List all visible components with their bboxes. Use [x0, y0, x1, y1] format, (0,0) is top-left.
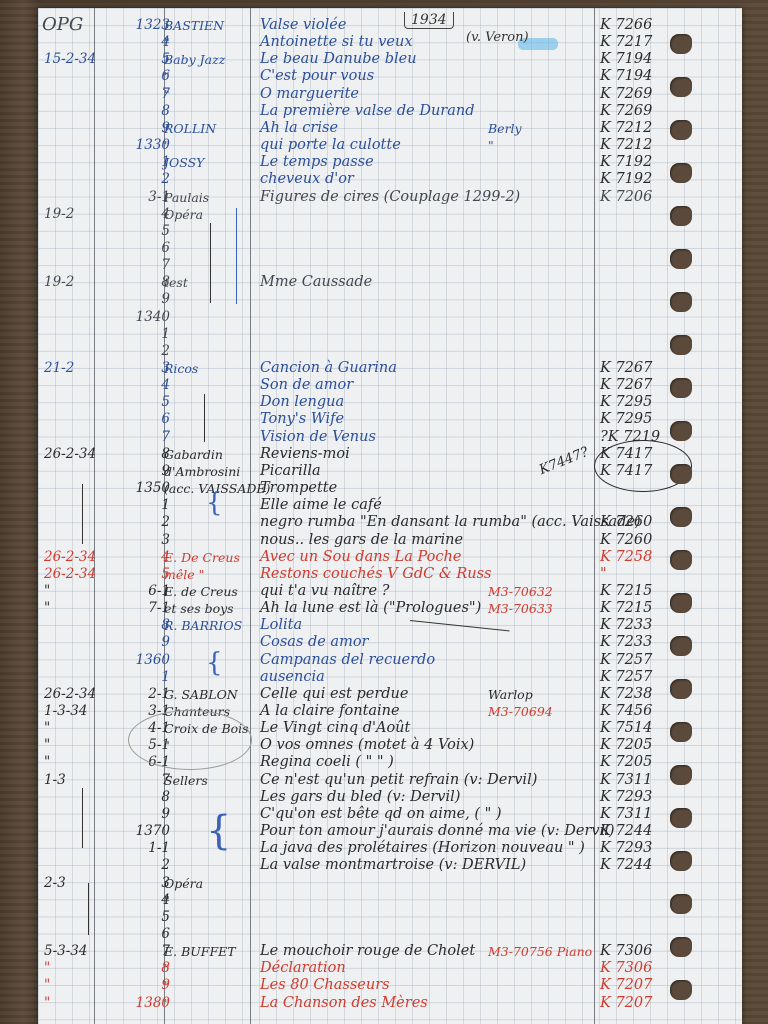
row-num: 5	[96, 909, 170, 926]
ledger-row: 3nous.. les gars de la marineK 7260	[38, 532, 742, 549]
ledger-row: "9"Les 80 ChasseursK 7207	[38, 977, 742, 994]
row-date: 5-3-34	[44, 943, 96, 960]
ring-hole	[670, 163, 692, 183]
ledger-row: 21-23RicosCancion à GuarinaK 7267	[38, 360, 742, 377]
row-artist: "	[164, 977, 256, 994]
ledger-row: 26-2-344E. De CreusAvec un Sou dans La P…	[38, 549, 742, 566]
row-date: "	[44, 600, 96, 617]
ledger-row: 1ausenciaK 7257	[38, 669, 742, 686]
ledger-row: 1-3-343-1ChanteursA la claire fontaineM3…	[38, 703, 742, 720]
ring-hole	[670, 593, 692, 613]
row-date: "	[44, 737, 96, 754]
row-ref: K 7267	[600, 360, 700, 377]
row-num: 6	[96, 411, 170, 428]
row-num: 6-1	[96, 583, 170, 600]
row-num: 1	[96, 326, 170, 343]
ledger-row: 6Tony's WifeK 7295	[38, 411, 742, 428]
row-note: "	[488, 137, 598, 154]
ledger-row: 8La première valse de DurandK 7269	[38, 103, 742, 120]
row-artist: G. SABLON	[164, 686, 256, 703]
row-artist: Ricos	[164, 360, 256, 377]
row-date: 21-2	[44, 360, 96, 377]
ditto-line	[88, 883, 89, 935]
ring-hole	[670, 421, 692, 441]
ditto-line	[204, 394, 205, 442]
row-date: 1-3-34	[44, 703, 96, 720]
ledger-row: 19-24Opéra	[38, 206, 742, 223]
row-date: "	[44, 754, 96, 771]
row-num: 2	[96, 343, 170, 360]
row-date: "	[44, 960, 96, 977]
row-ref: K 7260	[600, 532, 700, 549]
row-title: Valse violée	[260, 17, 590, 34]
row-num: 5	[96, 566, 170, 583]
row-note: M3-70632	[488, 583, 598, 600]
row-title: cheveux d'or	[260, 171, 590, 188]
row-num: 9	[96, 634, 170, 651]
ring-hole	[670, 507, 692, 527]
row-title: Vision de Venus	[260, 429, 590, 446]
row-artist: d'Ambrosini	[164, 463, 256, 480]
ledger-row: 2negro rumba "En dansant la rumba" (acc.…	[38, 514, 742, 531]
ledger-row: 2cheveux d'orK 7192	[38, 171, 742, 188]
brace-mark: {	[206, 648, 223, 678]
ledger-row: 1	[38, 326, 742, 343]
row-date: "	[44, 720, 96, 737]
row-num: 6	[96, 240, 170, 257]
row-num: 4	[96, 34, 170, 51]
row-title: Trompette	[260, 480, 590, 497]
row-title: C'est pour vous	[260, 68, 590, 85]
ledger-row: 1360Campanas del recuerdoK 7257	[38, 652, 742, 669]
row-artist: Sellers	[164, 772, 256, 789]
ledger-row: 1330"qui porte la culotte"K 7212	[38, 137, 742, 154]
row-note: Warlop	[488, 686, 598, 703]
row-title: Son de amor	[260, 377, 590, 394]
row-num: 3	[96, 875, 170, 892]
row-artist: "	[164, 137, 256, 154]
ledger-row: 7	[38, 257, 742, 274]
ledger-row: 9Cosas de amorK 7233	[38, 634, 742, 651]
row-num: 7	[96, 429, 170, 446]
ring-hole	[670, 722, 692, 742]
row-title: Don lengua	[260, 394, 590, 411]
ring-hole	[670, 636, 692, 656]
row-title: Le beau Danube bleu	[260, 51, 590, 68]
ring-hole	[670, 249, 692, 269]
ledger-row: 6"C'est pour vousK 7194	[38, 68, 742, 85]
row-artist: Opéra	[164, 875, 256, 892]
ledger-row: "8"DéclarationK 7306	[38, 960, 742, 977]
row-title: Déclaration	[260, 960, 590, 977]
row-title: Avec un Sou dans La Poche	[260, 549, 590, 566]
row-num: 6	[96, 68, 170, 85]
row-ref: K 7266	[600, 17, 700, 34]
row-note: Berly	[488, 120, 598, 137]
row-date: 26-2-34	[44, 549, 96, 566]
ledger-row: 1340	[38, 309, 742, 326]
ring-hole	[670, 980, 692, 1000]
row-num: 1330	[96, 137, 170, 154]
ledger-row: 3-1PaulaisFigures de cires (Couplage 129…	[38, 189, 742, 206]
row-num: 6	[96, 926, 170, 943]
row-note: M3-70633	[488, 600, 598, 617]
row-title: Mme Caussade	[260, 274, 590, 291]
row-num: 8	[96, 960, 170, 977]
circled-choir-name	[128, 710, 252, 770]
ledger-row: 1-1La java des prolétaires (Horizon nouv…	[38, 840, 742, 857]
row-artist: Baby Jazz	[164, 51, 256, 68]
row-num: 7	[96, 772, 170, 789]
row-artist: mêle "	[164, 566, 256, 583]
row-num: 2-1	[96, 686, 170, 703]
row-artist: E. BUFFET	[164, 943, 256, 960]
row-artist: ROLLIN	[164, 120, 256, 137]
row-num: 1380	[96, 995, 170, 1012]
row-artist: Gabardin	[164, 446, 256, 463]
ring-hole	[670, 808, 692, 828]
row-title: Les gars du bled (v: Dervil)	[260, 789, 590, 806]
row-title: O vos omnes (motet à 4 Voix)	[260, 737, 590, 754]
row-num: 2	[96, 514, 170, 531]
row-title: La Chanson des Mères	[260, 995, 590, 1012]
row-date: 19-2	[44, 206, 96, 223]
header-mark: OPG	[42, 14, 83, 35]
row-ref: K 7269	[600, 103, 700, 120]
ledger-row: 5	[38, 909, 742, 926]
row-num: 1360	[96, 652, 170, 669]
ledger-row: 6	[38, 926, 742, 943]
ledger-row: 1Elle aime le café	[38, 497, 742, 514]
row-title: Regina coeli ( " " )	[260, 754, 590, 771]
row-num: 1	[96, 497, 170, 514]
row-title: La première valse de Durand	[260, 103, 590, 120]
ledger-row: 2	[38, 343, 742, 360]
row-artist: Paulais	[164, 189, 256, 206]
ring-hole	[670, 335, 692, 355]
ring-hole	[670, 550, 692, 570]
row-num: 1323	[96, 17, 170, 34]
row-artist: "	[164, 86, 256, 103]
row-num: 1350	[96, 480, 170, 497]
row-num: 2	[96, 171, 170, 188]
row-title: Campanas del recuerdo	[260, 652, 590, 669]
ledger-row: 26-2-345mêle "Restons couchés V GdC & Ru…	[38, 566, 742, 583]
ledger-row: 26-2-342-1G. SABLONCelle qui est perdueW…	[38, 686, 742, 703]
row-num: 3	[96, 532, 170, 549]
row-num: 1340	[96, 309, 170, 326]
row-title: La java des prolétaires (Horizon nouveau…	[260, 840, 590, 857]
ledger-row: 15-2-345Baby JazzLe beau Danube bleuK 71…	[38, 51, 742, 68]
row-num: 2	[96, 857, 170, 874]
row-num: 5	[96, 51, 170, 68]
row-ref: K 7233	[600, 617, 700, 634]
row-num: 9	[96, 120, 170, 137]
row-num: 3	[96, 360, 170, 377]
ledger-row: 1370Pour ton amour j'aurais donné ma vie…	[38, 823, 742, 840]
ring-hole	[670, 765, 692, 785]
brace-mark: {	[206, 488, 223, 518]
row-num: 8	[96, 274, 170, 291]
row-title: La valse montmartroise (v: DERVIL)	[260, 857, 590, 874]
row-num: 7	[96, 943, 170, 960]
row-num: 4	[96, 206, 170, 223]
row-num: 7	[96, 86, 170, 103]
ring-hole	[670, 34, 692, 54]
ring-hole	[670, 851, 692, 871]
row-date: 15-2-34	[44, 51, 96, 68]
row-date: 26-2-34	[44, 566, 96, 583]
row-num: 5	[96, 223, 170, 240]
row-artist: "	[164, 960, 256, 977]
row-date: 26-2-34	[44, 686, 96, 703]
ledger-row: "1380"La Chanson des MèresK 7207	[38, 995, 742, 1012]
row-num: 9	[96, 463, 170, 480]
row-num: 5	[96, 394, 170, 411]
ledger-row: 6	[38, 240, 742, 257]
bracket-line	[210, 223, 211, 303]
row-ref: K 7293	[600, 789, 700, 806]
row-num: 9	[96, 291, 170, 308]
brace-mark: {	[206, 808, 231, 854]
ledger-row: 5	[38, 223, 742, 240]
ledger-row: 4Son de amorK 7267	[38, 377, 742, 394]
row-ref: K 7456	[600, 703, 700, 720]
ledger-row: 9ROLLINAh la criseBerlyK 7212	[38, 120, 742, 137]
row-num: 3-1	[96, 189, 170, 206]
ledger-row: 5-3-347E. BUFFETLe mouchoir rouge de Cho…	[38, 943, 742, 960]
row-artist: et ses boys	[164, 600, 256, 617]
ledger-row: 5Don lenguaK 7295	[38, 394, 742, 411]
ledger-row: 7"O margueriteK 7269	[38, 86, 742, 103]
ring-hole	[670, 120, 692, 140]
ledger-row: 1-37SellersCe n'est qu'un petit refrain …	[38, 772, 742, 789]
row-date: 26-2-34	[44, 446, 96, 463]
row-date: "	[44, 977, 96, 994]
row-title: Ce n'est qu'un petit refrain (v: Dervil)	[260, 772, 590, 789]
row-title: Reviens-moi	[260, 446, 590, 463]
row-num: 8	[96, 617, 170, 634]
ledger-row: 1323BASTIENValse violéeK 7266	[38, 17, 742, 34]
row-artist: Opéra	[164, 206, 256, 223]
row-num: 1	[96, 669, 170, 686]
row-title: Restons couchés V GdC & Russ	[260, 566, 590, 583]
row-title: Antoinette si tu veux	[260, 34, 590, 51]
row-title: C'qu'on est bête qd on aime, ( " )	[260, 806, 590, 823]
row-ref: K 7194	[600, 51, 700, 68]
row-num: 8	[96, 789, 170, 806]
row-ref: K 7306	[600, 960, 700, 977]
ledger-row: 2-33Opéra	[38, 875, 742, 892]
row-title: ausencia	[260, 669, 590, 686]
ledger-row: 9C'qu'on est bête qd on aime, ( " )K 731…	[38, 806, 742, 823]
bracket-line	[236, 208, 237, 304]
ditto-line	[82, 788, 83, 848]
row-title: Tony's Wife	[260, 411, 590, 428]
ring-hole	[670, 679, 692, 699]
row-date: "	[44, 583, 96, 600]
row-title: O marguerite	[260, 86, 590, 103]
row-num: 1	[96, 154, 170, 171]
ledger-row: "7-1et ses boysAh la lune est là ("Prolo…	[38, 600, 742, 617]
row-num: 7-1	[96, 600, 170, 617]
row-artist: R. BARRIOS	[164, 617, 256, 634]
row-artist: "	[164, 68, 256, 85]
ledger-row: 8R. BARRIOSLolitaK 7233	[38, 617, 742, 634]
ledger-row: 19-28testMme Caussade	[38, 274, 742, 291]
ledger-row: 8Les gars du bled (v: Dervil)K 7293	[38, 789, 742, 806]
row-artist: "	[164, 995, 256, 1012]
ledger-row: 2La valse montmartroise (v: DERVIL)K 724…	[38, 857, 742, 874]
row-num: 4	[96, 549, 170, 566]
row-ref: K 7206	[600, 189, 700, 206]
row-num: 4	[96, 377, 170, 394]
ledger-row: 4"	[38, 892, 742, 909]
row-artist: E. de Creus	[164, 583, 256, 600]
row-artist: E. De Creus	[164, 549, 256, 566]
ledger-row: 1JOSSYLe temps passeK 7192	[38, 154, 742, 171]
row-title: Cosas de amor	[260, 634, 590, 651]
row-num: 1370	[96, 823, 170, 840]
ledger-row: "6-1E. de Creusqui t'a vu naître ?M3-706…	[38, 583, 742, 600]
row-note: M3-70694	[488, 703, 598, 720]
ditto-line	[82, 484, 83, 544]
row-artist: JOSSY	[164, 154, 256, 171]
ring-hole	[670, 937, 692, 957]
ledger-row: 4"Antoinette si tu veuxK 7217	[38, 34, 742, 51]
row-title: negro rumba "En dansant la rumba" (acc. …	[260, 514, 590, 531]
row-num: 1-1	[96, 840, 170, 857]
row-title: Figures de cires (Couplage 1299-2)	[260, 189, 590, 206]
row-num: 9	[96, 806, 170, 823]
row-title: Les 80 Chasseurs	[260, 977, 590, 994]
ring-hole	[670, 894, 692, 914]
row-title: Elle aime le café	[260, 497, 590, 514]
ring-hole	[670, 292, 692, 312]
row-title: Pour ton amour j'aurais donné ma vie (v:…	[260, 823, 590, 840]
ring-hole	[670, 206, 692, 226]
row-title: Le Vingt cinq d'Août	[260, 720, 590, 737]
row-title: Le temps passe	[260, 154, 590, 171]
row-num: 8	[96, 103, 170, 120]
row-date: 1-3	[44, 772, 96, 789]
row-date: "	[44, 995, 96, 1012]
ledger-page: 1934 (v. Veron) 1323BASTIENValse violéeK…	[38, 8, 742, 1024]
row-artist: "	[164, 892, 256, 909]
ring-hole	[670, 77, 692, 97]
row-artist: BASTIEN	[164, 17, 256, 34]
ledger-row: 9	[38, 291, 742, 308]
row-date: 19-2	[44, 274, 96, 291]
ring-hole	[670, 378, 692, 398]
row-title: Lolita	[260, 617, 590, 634]
row-num: 4	[96, 892, 170, 909]
row-note: M3-70756 Piano	[488, 943, 598, 960]
row-artist: "	[164, 34, 256, 51]
row-num: 9	[96, 977, 170, 994]
row-num: 8	[96, 446, 170, 463]
row-title: Cancion à Guarina	[260, 360, 590, 377]
row-num: 7	[96, 257, 170, 274]
row-title: nous.. les gars de la marine	[260, 532, 590, 549]
ring-hole	[670, 464, 692, 484]
